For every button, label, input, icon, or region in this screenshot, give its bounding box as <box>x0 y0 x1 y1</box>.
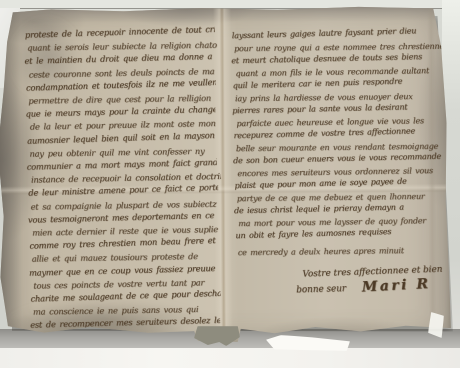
right-page-text: layssant leurs gaiges lautre faysant pri… <box>232 26 450 259</box>
photo-frame: proteste de la recepuoir innocente de to… <box>0 0 460 368</box>
left-page-text: proteste de la recepuoir innocente de to… <box>25 25 222 333</box>
mat-white-band <box>0 348 460 368</box>
closing-line-2: bonne seur <box>296 283 346 297</box>
handwritten-line: ce mercredy a deulx heures apres minuit <box>238 244 452 259</box>
signature-mari-r: Mari R <box>362 278 431 295</box>
letter-paper: proteste de la recepuoir innocente de to… <box>0 6 451 345</box>
closing-block: Vostre tres affectionnee et bien bonne s… <box>226 265 447 299</box>
handwritten-line: layssant leurs gaiges lautre faysant pri… <box>232 24 446 42</box>
